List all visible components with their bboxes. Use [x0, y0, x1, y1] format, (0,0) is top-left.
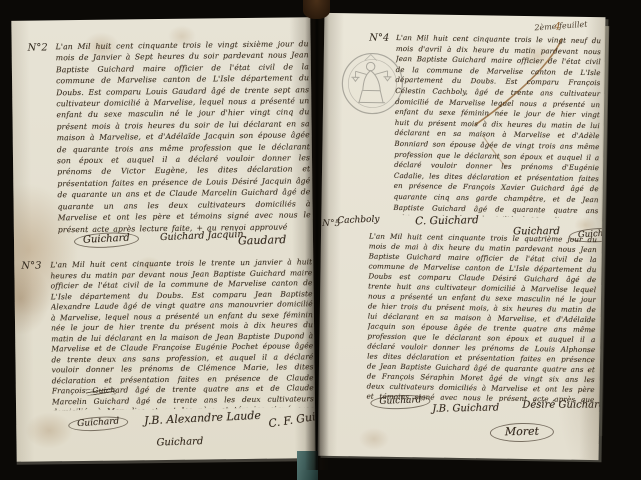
signature: Cachboly — [337, 215, 380, 227]
signature: Désiré Guichard — [522, 400, 605, 411]
entry-text-5: L'an Mil huit cent cinquante trois le qu… — [366, 232, 597, 404]
signature: J.B. Guichard — [432, 402, 499, 414]
signature: Guichard — [74, 231, 139, 249]
signature: C. Guichard — [415, 214, 479, 227]
signature-paraph-oval: Guichard — [74, 231, 139, 249]
signature-paraph-oval: Moret — [490, 422, 554, 442]
entry-text-3: L'an Mil huit cent cinquante trois le tr… — [50, 257, 314, 410]
correction-mark: 4 — [554, 21, 561, 32]
folio-note: 2ème feuillet — [534, 20, 588, 33]
signature: Guichard — [370, 394, 431, 410]
spine-top-leather — [303, 0, 330, 19]
entry-number-2: N°2 — [28, 42, 48, 53]
signature: Moret — [490, 422, 554, 442]
signature: Guichard — [156, 436, 203, 448]
signature-paraph-oval: Guichard — [370, 394, 431, 410]
signature: Gaudard — [238, 233, 287, 247]
right-page: 2ème feuillet 4 N°4 L'an Mil huit cent c… — [318, 13, 606, 460]
entry-number-4: N°4 — [369, 33, 389, 44]
register-scan-photo: N°2 L'an Mil huit cent cinquante trois l… — [0, 0, 641, 480]
book-gutter-shadow — [305, 0, 329, 470]
signature: Guichard — [68, 415, 129, 433]
entry-text-2: L'an Mil huit cent cinquante trois le vi… — [56, 38, 311, 237]
signature: J.B. Alexandre Laude — [144, 409, 261, 427]
entry-number-3: N°3 — [21, 260, 41, 271]
signature-paraph-oval: Guichard — [68, 415, 129, 433]
entry-text-4: L'an Mil huit cent cinquante trois le vi… — [393, 33, 601, 218]
signature: Guichard Jacquin — [160, 229, 244, 243]
left-page: N°2 L'an Mil huit cent cinquante trois l… — [11, 17, 315, 462]
